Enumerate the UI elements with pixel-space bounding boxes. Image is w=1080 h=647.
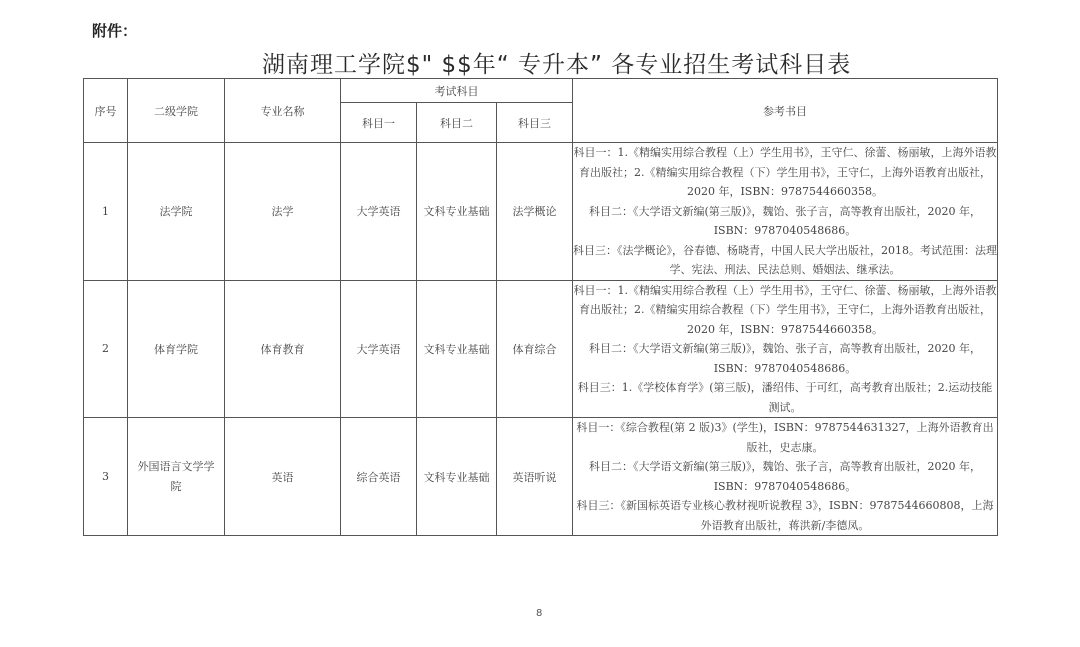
cell-seq: 2 bbox=[84, 280, 128, 418]
cell-subject-3: 英语听说 bbox=[497, 418, 573, 536]
cell-references: 科目一：1.《精编实用综合教程（上）学生用书》，王守仁、徐蕾、杨丽敏，上海外语教… bbox=[573, 143, 998, 281]
reference-subject-3: 科目三：1.《学校体育学》(第三版)，潘绍伟、于可红，高考教育出版社；2.运动技… bbox=[573, 378, 997, 417]
cell-subject-3: 法学概论 bbox=[497, 143, 573, 281]
header-college: 二级学院 bbox=[128, 79, 225, 143]
cell-seq: 1 bbox=[84, 143, 128, 281]
cell-college-text: 外国语言文学学院 bbox=[138, 460, 215, 493]
document-title: 湖南理工学院$" $$年“ 专升本” 各专业招生考试科目表 bbox=[262, 46, 851, 79]
reference-subject-1: 科目一：1.《精编实用综合教程（上）学生用书》，王守仁、徐蕾、杨丽敏，上海外语教… bbox=[573, 281, 997, 340]
header-subject-1: 科目一 bbox=[341, 103, 417, 143]
cell-references: 科目一：《综合教程(第 2 版)3》(学生)，ISBN：978754463132… bbox=[573, 418, 998, 536]
reference-subject-1: 科目一：1.《精编实用综合教程（上）学生用书》，王守仁、徐蕾、杨丽敏，上海外语教… bbox=[573, 143, 997, 202]
cell-major: 英语 bbox=[225, 418, 341, 536]
cell-major: 体育教育 bbox=[225, 280, 341, 418]
cell-major: 法学 bbox=[225, 143, 341, 281]
cell-college: 体育学院 bbox=[128, 280, 225, 418]
header-major: 专业名称 bbox=[225, 79, 341, 143]
cell-college: 法学院 bbox=[128, 143, 225, 281]
header-subject-2: 科目二 bbox=[417, 103, 497, 143]
cell-references: 科目一：1.《精编实用综合教程（上）学生用书》，王守仁、徐蕾、杨丽敏，上海外语教… bbox=[573, 280, 998, 418]
header-references: 参考书目 bbox=[573, 79, 998, 143]
header-subject-3: 科目三 bbox=[497, 103, 573, 143]
cell-subject-1: 大学英语 bbox=[341, 143, 417, 281]
table-row: 1 法学院 法学 大学英语 文科专业基础 法学概论 科目一：1.《精编实用综合教… bbox=[84, 143, 998, 281]
cell-subject-3: 体育综合 bbox=[497, 280, 573, 418]
reference-subject-3: 科目三：《法学概论》，谷春德、杨晓青，中国人民大学出版社，2018。考试范围：法… bbox=[573, 241, 997, 280]
cell-subject-2: 文科专业基础 bbox=[417, 418, 497, 536]
exam-subjects-table: 序号 二级学院 专业名称 考试科目 参考书目 科目一 科目二 科目三 1 法学院… bbox=[83, 78, 998, 536]
header-seq: 序号 bbox=[84, 79, 128, 143]
cell-college: 外国语言文学学院 bbox=[128, 418, 225, 536]
cell-subject-1: 综合英语 bbox=[341, 418, 417, 536]
cell-subject-1: 大学英语 bbox=[341, 280, 417, 418]
cell-subject-2: 文科专业基础 bbox=[417, 280, 497, 418]
cell-seq: 3 bbox=[84, 418, 128, 536]
reference-subject-1: 科目一：《综合教程(第 2 版)3》(学生)，ISBN：978754463132… bbox=[573, 418, 997, 457]
table-row: 2 体育学院 体育教育 大学英语 文科专业基础 体育综合 科目一：1.《精编实用… bbox=[84, 280, 998, 418]
reference-subject-2: 科目二：《大学语文新编(第三版)》，魏饴、张子言，高等教育出版社，2020 年，… bbox=[573, 457, 997, 496]
reference-subject-2: 科目二：《大学语文新编(第三版)》，魏饴、张子言，高等教育出版社，2020 年，… bbox=[573, 202, 997, 241]
page-number: 8 bbox=[536, 608, 542, 619]
reference-subject-2: 科目二：《大学语文新编(第三版)》，魏饴、张子言，高等教育出版社，2020 年，… bbox=[573, 339, 997, 378]
table-row: 3 外国语言文学学院 英语 综合英语 文科专业基础 英语听说 科目一：《综合教程… bbox=[84, 418, 998, 536]
attachment-label: 附件： bbox=[92, 20, 137, 41]
header-exam-subjects: 考试科目 bbox=[341, 79, 573, 103]
reference-subject-3: 科目三：《新国标英语专业核心教材视听说教程 3》，ISBN：9787544660… bbox=[573, 496, 997, 535]
cell-subject-2: 文科专业基础 bbox=[417, 143, 497, 281]
